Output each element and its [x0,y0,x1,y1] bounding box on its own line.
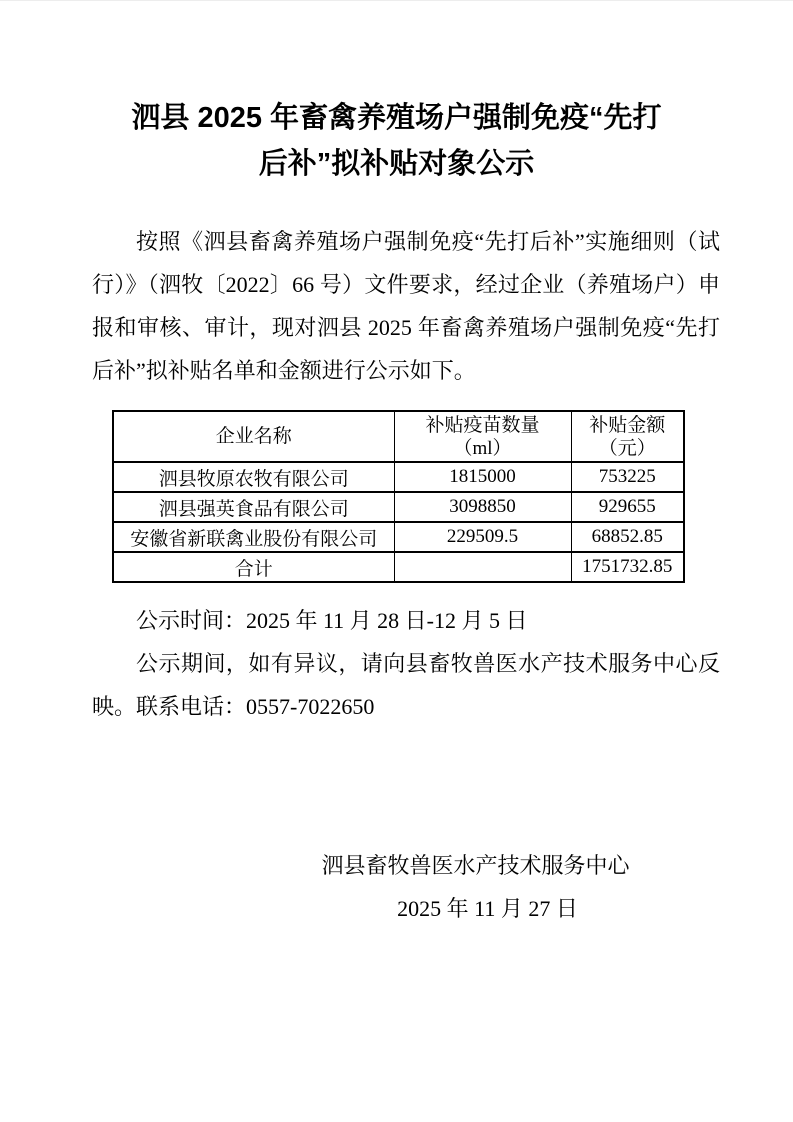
cell-vaccine-quantity: 229509.5 [394,522,571,552]
cell-vaccine-quantity: 1815000 [394,462,571,492]
subsidy-table-header: 企业名称 补贴疫苗数量 （ml） 补贴金额 （元） [113,411,684,462]
subsidy-table: 企业名称 补贴疫苗数量 （ml） 补贴金额 （元） 泗县牧原农牧有限公司 181… [112,410,685,583]
table-row: 泗县强英食品有限公司 3098850 929655 [113,492,684,522]
page-title-line2: 后补”拟补贴对象公示 [40,141,753,187]
cell-company-name: 安徽省新联禽业股份有限公司 [113,522,394,552]
cell-subsidy-amount: 753225 [571,462,684,492]
table-row: 安徽省新联禽业股份有限公司 229509.5 68852.85 [113,522,684,552]
table-row: 泗县牧原农牧有限公司 1815000 753225 [113,462,684,492]
header-vaccine-quantity-unit: （ml） [399,437,567,460]
signature-organization: 泗县畜牧兽医水产技术服务中心 [158,844,793,887]
intro-paragraph: 按照《泗县畜禽养殖场户强制免疫“先打后补”实施细则（试行）》（泗牧〔2022〕6… [92,220,720,392]
header-company-name: 企业名称 [113,411,394,462]
cell-subsidy-amount: 929655 [571,492,684,522]
table-header-row: 企业名称 补贴疫苗数量 （ml） 补贴金额 （元） [113,411,684,462]
signature-date: 2025 年 11 月 27 日 [182,887,793,930]
header-subsidy-amount: 补贴金额 （元） [571,411,684,462]
header-vaccine-quantity-line1: 补贴疫苗数量 [399,414,567,437]
cell-total-label: 合计 [113,552,394,582]
cell-subsidy-amount: 68852.85 [571,522,684,552]
document-page: 泗县 2025 年畜禽养殖场户强制免疫“先打 后补”拟补贴对象公示 按照《泗县畜… [0,0,793,1122]
page-title: 泗县 2025 年畜禽养殖场户强制免疫“先打 后补”拟补贴对象公示 [40,95,753,187]
header-subsidy-amount-unit: （元） [576,437,680,460]
header-vaccine-quantity: 补贴疫苗数量 （ml） [394,411,571,462]
notice-period: 公示期间，如有异议，请向县畜牧兽医水产技术服务中心反映。联系电话：0557-70… [92,642,720,728]
header-subsidy-amount-line1: 补贴金额 [576,414,680,437]
notice-time: 公示时间：2025 年 11 月 28 日-12 月 5 日 [92,599,720,642]
cell-company-name: 泗县强英食品有限公司 [113,492,394,522]
table-total-row: 合计 1751732.85 [113,552,684,582]
cell-total-amount: 1751732.85 [571,552,684,582]
cell-vaccine-quantity: 3098850 [394,492,571,522]
page-title-line1: 泗县 2025 年畜禽养殖场户强制免疫“先打 [40,95,753,141]
cell-company-name: 泗县牧原农牧有限公司 [113,462,394,492]
cell-total-quantity [394,552,571,582]
